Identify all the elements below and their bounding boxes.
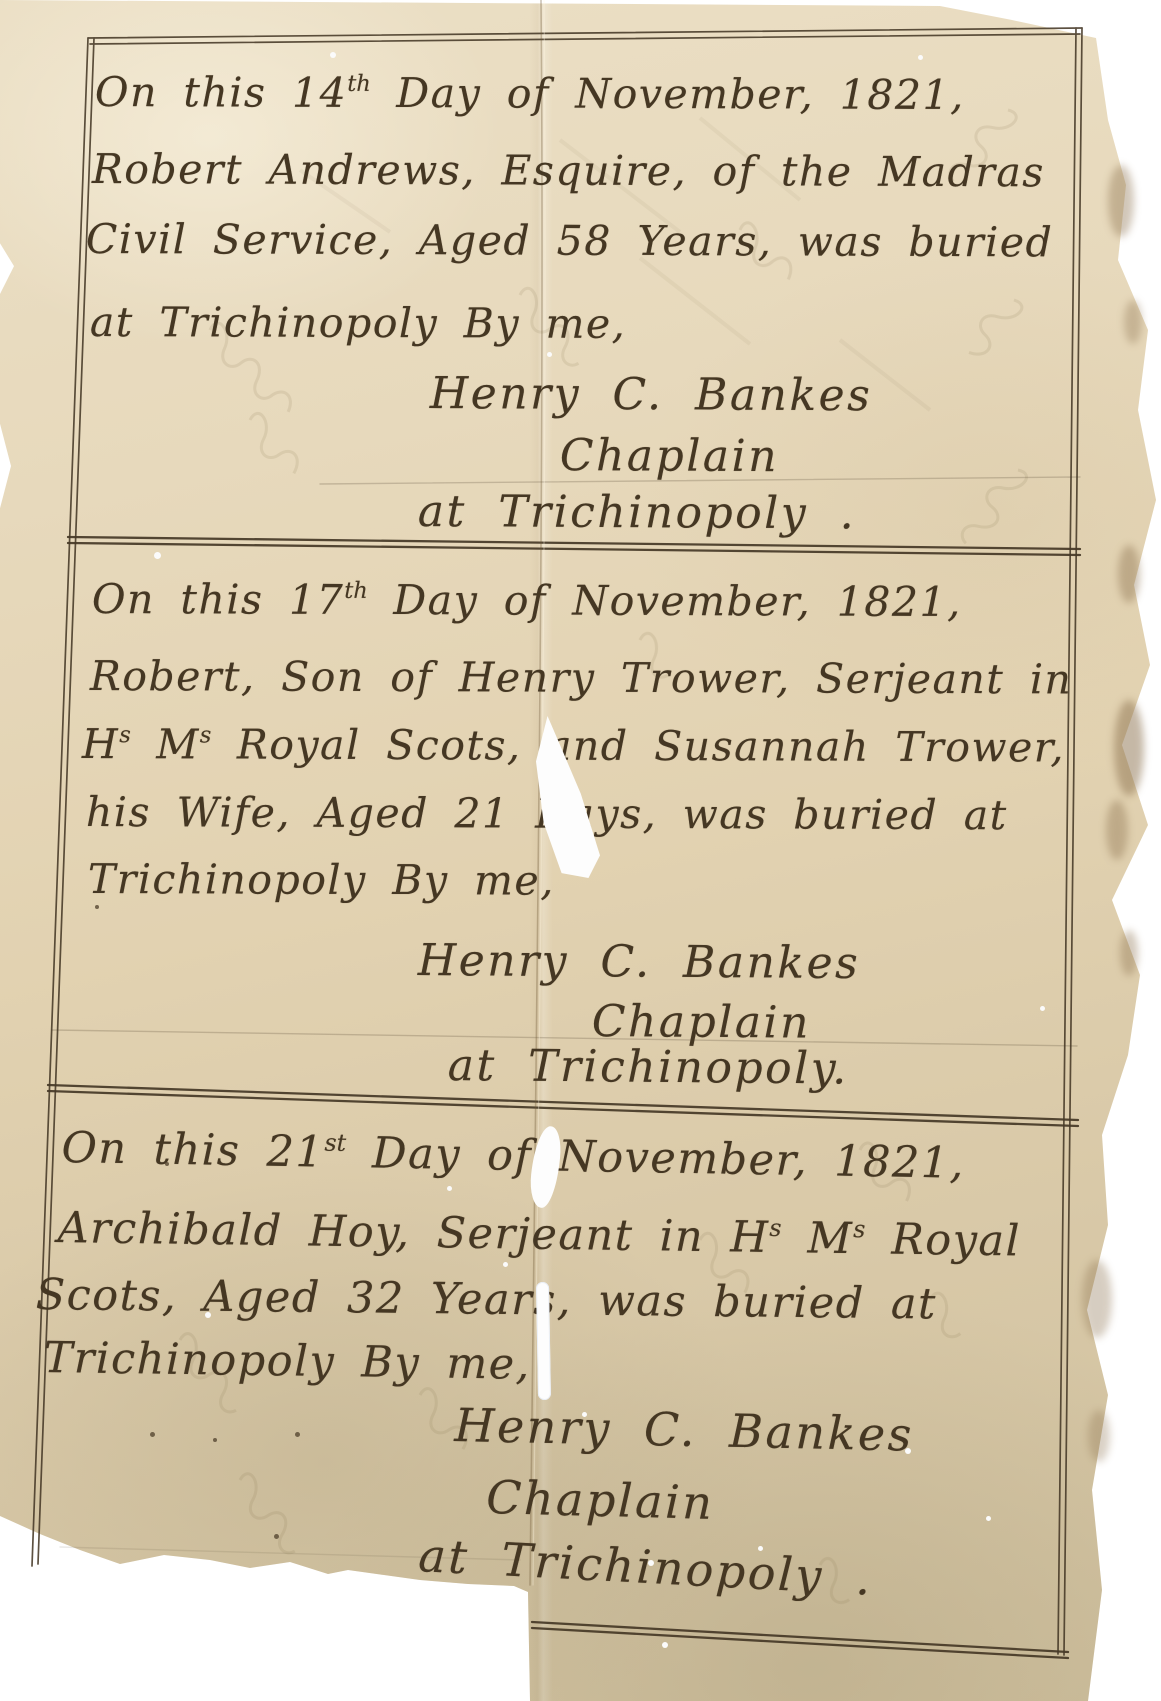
abbreviation-superscript: s <box>200 722 212 748</box>
stain <box>1124 300 1142 344</box>
entry1-signature-title: Chaplain <box>560 430 779 482</box>
entry1-date-line: On this 14th Day of November, 1821, <box>95 68 965 119</box>
faint-guidelines <box>52 477 1080 1560</box>
pinhole-speck <box>986 1516 991 1521</box>
dirt-speck <box>213 1438 217 1442</box>
pinhole-speck <box>648 1560 654 1566</box>
abbreviation-superscript: s <box>853 1215 866 1243</box>
pinhole-speck <box>905 1448 911 1454</box>
dirt-speck <box>274 1534 279 1539</box>
entry2-body-line: Hs Ms Royal Scots, and Susannah Trower, <box>82 720 1065 771</box>
pinhole-speck <box>758 1546 763 1551</box>
dirt-speck <box>150 1432 155 1437</box>
entry1-signature-place: at Trichinopoly . <box>418 486 857 539</box>
ordinal-superscript: th <box>344 578 368 604</box>
entry2-body-line: Robert, Son of Henry Trower, Serjeant in <box>90 652 1073 703</box>
document-scan: On this 14th Day of November, 1821, Robe… <box>0 0 1161 1701</box>
ordinal-superscript: st <box>324 1129 346 1157</box>
stain <box>1118 545 1140 603</box>
abbreviation-superscript: s <box>119 722 131 748</box>
pinhole-speck <box>547 352 552 357</box>
dirt-speck <box>295 1432 300 1437</box>
pinhole-speck <box>205 1312 211 1318</box>
entry2-date-line: On this 17th Day of November, 1821, <box>92 575 962 626</box>
entry1-body-line: Civil Service, Aged 58 Years, was buried <box>86 215 1054 266</box>
entry3-signature-name: Henry C. Bankes <box>454 1398 914 1462</box>
entry3-signature-title: Chaplain <box>486 1470 716 1530</box>
entry3-body-line: Trichinopoly By me, <box>43 1333 531 1390</box>
stain <box>1120 930 1138 976</box>
divider-line-1 <box>68 537 1080 549</box>
divider-line-1b <box>68 543 1080 555</box>
stain <box>1114 700 1144 796</box>
abbreviation-superscript: s <box>769 1214 782 1242</box>
stain <box>1106 800 1128 860</box>
border-top-line <box>88 28 1082 38</box>
stain <box>1108 165 1134 237</box>
pinhole-speck <box>918 55 923 60</box>
pinhole-speck <box>1040 1006 1045 1011</box>
entry1-body-line: Robert Andrews, Esquire, of the Madras <box>92 145 1045 196</box>
pinhole-speck <box>447 1186 452 1191</box>
tear-hole <box>536 1282 551 1400</box>
border-top-line-inner <box>90 34 1080 44</box>
entry2-signature-name: Henry C. Bankes <box>418 935 861 989</box>
pinhole-speck <box>154 552 161 559</box>
entry1-body-line: at Trichinopoly By me, <box>90 298 626 348</box>
entry3-body-line: Scots, Aged 32 Years, was buried at <box>35 1270 937 1329</box>
entry2-body-line: Trichinopoly By me, <box>88 855 555 905</box>
entry2-signature-place: at Trichinopoly. <box>448 1040 849 1094</box>
stain <box>1088 1410 1110 1462</box>
ordinal-superscript: th <box>347 71 371 97</box>
dirt-speck <box>95 905 99 909</box>
stain <box>1082 1260 1112 1338</box>
pinhole-speck <box>330 52 336 58</box>
pinhole-speck <box>582 1412 587 1417</box>
divider-line-2b <box>48 1091 1078 1126</box>
pinhole-speck <box>503 1262 508 1267</box>
pinhole-speck <box>662 1642 668 1648</box>
bottom-rule <box>532 1622 1068 1652</box>
bottom-rule-b <box>532 1628 1068 1658</box>
dirt-speck <box>165 1162 169 1166</box>
entry1-signature-name: Henry C. Bankes <box>430 368 873 421</box>
